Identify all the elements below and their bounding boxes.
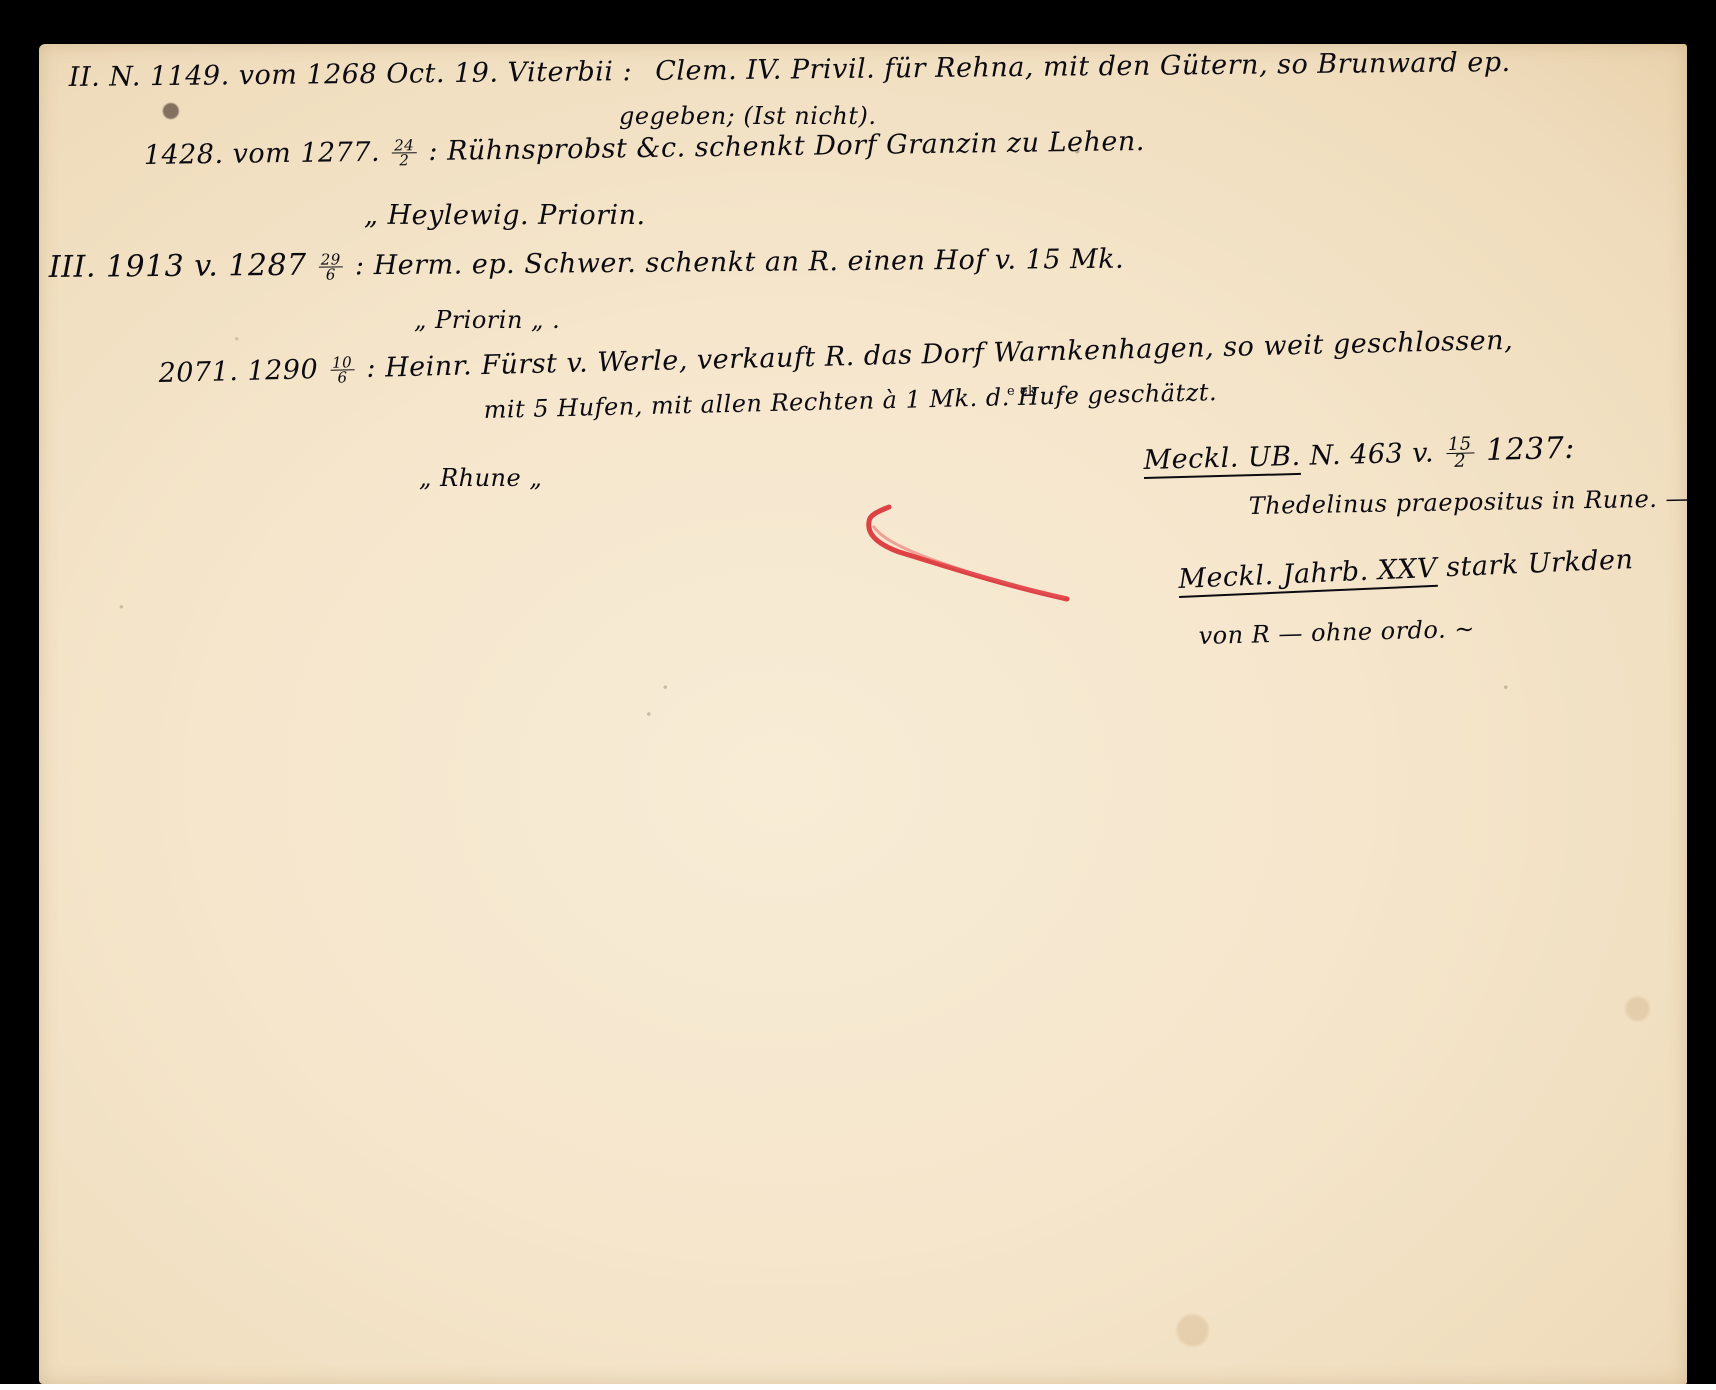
scan-margin <box>0 1384 1716 1390</box>
red-pencil-mark <box>39 44 1687 1384</box>
manuscript-page: II. N. 1149. vom 1268 Oct. 19. Viterbii … <box>39 44 1687 1384</box>
